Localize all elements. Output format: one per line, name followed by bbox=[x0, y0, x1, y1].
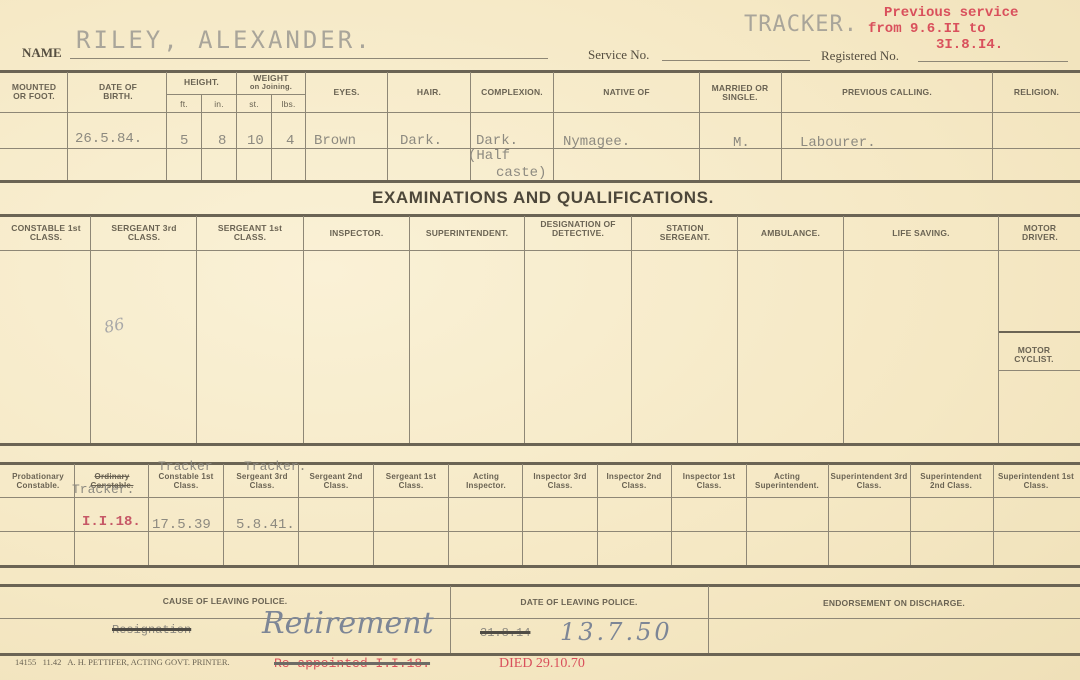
eyes-value: Brown bbox=[314, 133, 356, 149]
date-handwritten: 13.7.50 bbox=[560, 618, 673, 646]
rule bbox=[0, 148, 1080, 149]
exam-col-constable-1st: CONSTABLE 1st CLASS. bbox=[8, 224, 84, 242]
col-divider bbox=[67, 72, 68, 180]
col-divider bbox=[450, 586, 451, 653]
header-married: MARRIED OR SINGLE. bbox=[705, 84, 775, 102]
col-divider bbox=[597, 464, 598, 565]
header-height: HEIGHT. bbox=[167, 78, 236, 87]
endorsement-label: ENDORSEMENT ON DISCHARGE. bbox=[708, 599, 1080, 608]
exam-col-superintendent: SUPERINTENDENT. bbox=[410, 229, 524, 238]
col-divider bbox=[671, 464, 672, 565]
col-divider bbox=[74, 464, 75, 565]
col-divider bbox=[148, 464, 149, 565]
col-divider bbox=[409, 216, 410, 443]
rule bbox=[998, 370, 1080, 371]
exam-col-sergeant-1st: SERGEANT 1st CLASS. bbox=[216, 224, 284, 242]
exam-col-inspector: INSPECTOR. bbox=[304, 229, 409, 238]
date-of-leaving-label: DATE OF LEAVING POLICE. bbox=[450, 598, 708, 607]
overtyped-tracker-2: Tracker bbox=[158, 459, 213, 474]
height-in-value: 8 bbox=[218, 133, 226, 149]
promo-col-acting-superintendent: Acting Superintendent. bbox=[748, 472, 826, 490]
promo-col-superintendent-1st: Superintendent 1st Class. bbox=[995, 472, 1077, 490]
rule bbox=[0, 70, 1080, 73]
col-divider bbox=[699, 72, 700, 180]
header-dob: DATE OF BIRTH. bbox=[90, 83, 146, 101]
previous-service-line-3: 3I.8.I4. bbox=[868, 37, 1018, 53]
cause-struck: Resignation bbox=[112, 623, 191, 637]
complexion-note-2: caste) bbox=[496, 165, 546, 181]
promo-col-acting-inspector: Acting Inspector. bbox=[455, 472, 517, 490]
col-divider bbox=[166, 72, 167, 180]
weight-lbs-value: 4 bbox=[286, 133, 294, 149]
header-native: NATIVE OF bbox=[554, 88, 699, 97]
exam-col-motor-driver: MOTOR DRIVER. bbox=[1012, 224, 1068, 242]
reappointed-struck: Re-appointed I.I.18. bbox=[274, 656, 430, 671]
dob-value: 26.5.84. bbox=[75, 131, 142, 147]
col-divider bbox=[373, 464, 374, 565]
promo-col-sergeant-1st: Sergeant 1st Class. bbox=[380, 472, 442, 490]
header-height-in: in. bbox=[202, 100, 236, 109]
header-mounted: MOUNTED OR FOOT. bbox=[4, 83, 64, 101]
col-divider bbox=[448, 464, 449, 565]
col-divider bbox=[828, 464, 829, 565]
previous-service-note: Previous service from 9.6.II to 3I.8.I4. bbox=[868, 5, 1018, 53]
rule bbox=[0, 214, 1080, 217]
cause-handwritten: Retirement bbox=[262, 606, 434, 641]
rule bbox=[998, 331, 1080, 333]
header-weight-st: st. bbox=[237, 100, 271, 109]
exam-col-motor-cyclist: MOTOR CYCLIST. bbox=[1006, 346, 1062, 364]
header-weight-lbs: lbs. bbox=[272, 100, 305, 109]
exam-col-sergeant-3rd: SERGEANT 3rd CLASS. bbox=[110, 224, 178, 242]
constable-1st-date: 17.5.39 bbox=[152, 517, 211, 533]
rule bbox=[0, 443, 1080, 446]
rule bbox=[0, 497, 1080, 498]
header-weight-sub: on Joining. bbox=[237, 82, 305, 91]
complexion-note-1: (Half bbox=[468, 148, 510, 164]
height-ft-value: 5 bbox=[180, 133, 188, 149]
overtyped-tracker-3: Tracker. bbox=[244, 459, 306, 474]
col-divider bbox=[196, 216, 197, 443]
name-underline bbox=[70, 58, 548, 59]
date-struck: 31.8.14 bbox=[480, 626, 530, 640]
exam-col-station-sergeant: STATION SERGEANT. bbox=[650, 224, 720, 242]
col-divider bbox=[223, 464, 224, 565]
col-divider bbox=[708, 586, 709, 653]
rule bbox=[0, 112, 1080, 113]
service-no-label: Service No. bbox=[588, 47, 649, 63]
header-hair: HAIR. bbox=[388, 88, 470, 97]
previous-service-line-2: from 9.6.II to bbox=[868, 21, 1018, 37]
rule bbox=[0, 565, 1080, 568]
col-divider bbox=[737, 216, 738, 443]
name-value: RILEY, ALEXANDER. bbox=[76, 26, 373, 54]
printer-imprint: 14155 11.42 A. H. PETTIFER, ACTING GOVT.… bbox=[15, 657, 230, 667]
rule bbox=[0, 584, 1080, 587]
promo-col-sergeant-2nd: Sergeant 2nd Class. bbox=[306, 472, 366, 490]
rule bbox=[0, 250, 1080, 251]
native-value: Nymagee. bbox=[563, 134, 630, 150]
promo-col-inspector-2nd: Inspector 2nd Class. bbox=[604, 472, 664, 490]
col-divider bbox=[522, 464, 523, 565]
complexion-value: Dark. bbox=[476, 133, 518, 149]
pencil-note: 86 bbox=[102, 314, 126, 337]
promo-col-constable-1st: Constable 1st Class. bbox=[156, 472, 216, 490]
col-divider bbox=[631, 216, 632, 443]
col-divider bbox=[843, 216, 844, 443]
col-divider bbox=[910, 464, 911, 565]
col-divider bbox=[298, 464, 299, 565]
exam-col-life-saving: LIFE SAVING. bbox=[844, 229, 998, 238]
header-eyes: EYES. bbox=[306, 88, 387, 97]
overtyped-tracker-1: Tracker. bbox=[72, 482, 134, 497]
header-complexion: COMPLEXION. bbox=[471, 88, 553, 97]
service-no-underline bbox=[662, 60, 810, 61]
promo-col-probationary: Probationary Constable. bbox=[4, 472, 72, 490]
rule bbox=[0, 618, 1080, 619]
exam-title: EXAMINATIONS AND QUALIFICATIONS. bbox=[0, 188, 1080, 208]
col-divider bbox=[90, 216, 91, 443]
exam-col-ambulance: AMBULANCE. bbox=[738, 229, 843, 238]
cause-of-leaving-label: CAUSE OF LEAVING POLICE. bbox=[0, 597, 450, 606]
col-divider bbox=[524, 216, 525, 443]
header-height-ft: ft. bbox=[167, 100, 201, 109]
hair-value: Dark. bbox=[400, 133, 442, 149]
promo-col-superintendent-3rd: Superintendent 3rd Class. bbox=[830, 472, 908, 490]
promo-col-inspector-1st: Inspector 1st Class. bbox=[678, 472, 740, 490]
calling-value: Labourer. bbox=[800, 135, 876, 151]
married-value: M. bbox=[733, 135, 750, 151]
col-divider bbox=[998, 216, 999, 443]
col-divider bbox=[993, 464, 994, 565]
rank-stamp: TRACKER. bbox=[744, 12, 858, 37]
weight-st-value: 10 bbox=[247, 133, 264, 149]
ordinary-constable-date: I.I.18. bbox=[82, 514, 141, 530]
registered-no-underline bbox=[918, 61, 1068, 62]
exam-col-detective: DESIGNATION OF DETECTIVE. bbox=[540, 220, 616, 238]
col-divider bbox=[746, 464, 747, 565]
promo-col-sergeant-3rd: Sergeant 3rd Class. bbox=[232, 472, 292, 490]
sergeant-3rd-date: 5.8.41. bbox=[236, 517, 295, 533]
promo-col-superintendent-2nd: Superintendent 2nd Class. bbox=[912, 472, 990, 490]
header-calling: PREVIOUS CALLING. bbox=[782, 88, 992, 97]
col-divider bbox=[303, 216, 304, 443]
header-religion: RELIGION. bbox=[993, 88, 1080, 97]
name-label: NAME bbox=[22, 45, 62, 61]
previous-service-line-1: Previous service bbox=[868, 5, 1018, 21]
died-date: DIED 29.10.70 bbox=[499, 656, 585, 672]
promo-col-inspector-3rd: Inspector 3rd Class. bbox=[530, 472, 590, 490]
